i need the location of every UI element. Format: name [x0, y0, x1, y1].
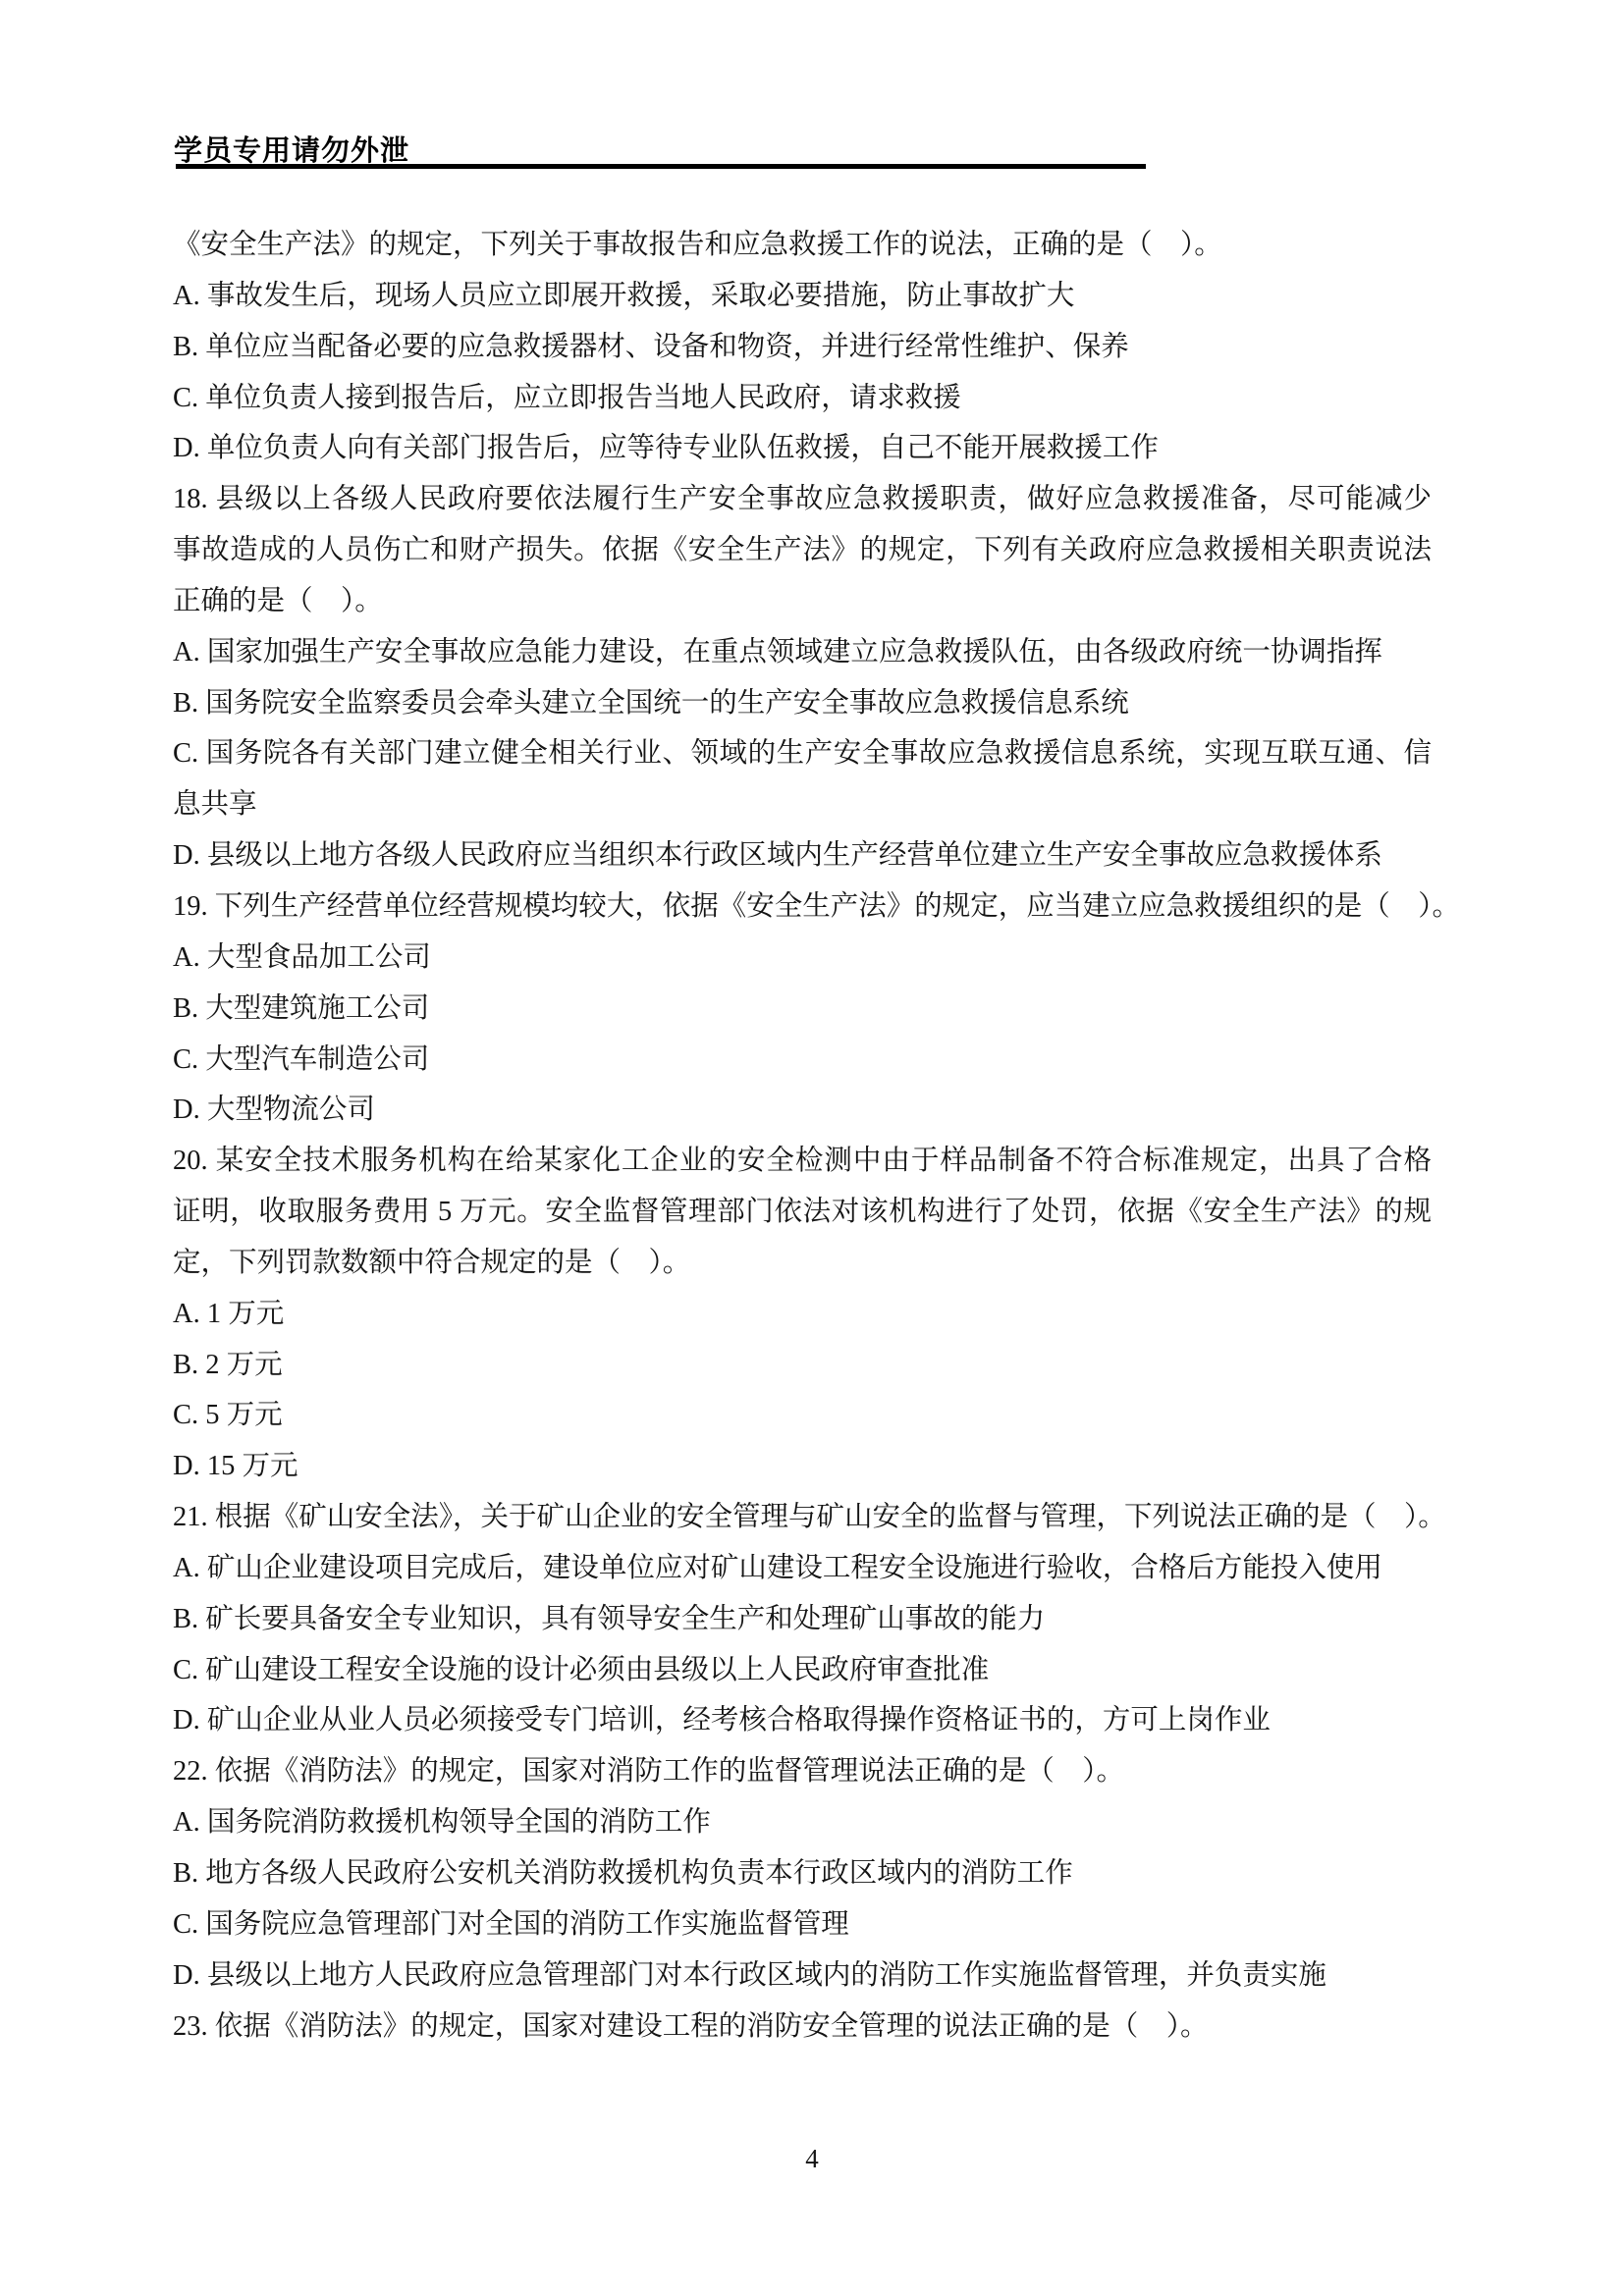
text-line: A. 国务院消防救援机构领导全国的消防工作: [173, 1797, 1432, 1848]
text-line: B. 矿长要具备安全专业知识，具有领导安全生产和处理矿山事故的能力: [173, 1594, 1432, 1645]
text-line: D. 15 万元: [173, 1441, 1432, 1492]
header-divider: [176, 164, 1146, 169]
text-line: B. 地方各级人民政府公安机关消防救援机构负责本行政区域内的消防工作: [173, 1848, 1432, 1899]
text-line: 20. 某安全技术服务机构在给某家化工企业的安全检测中由于样品制备不符合标准规定…: [173, 1136, 1432, 1187]
text-line: D. 县级以上地方各级人民政府应当组织本行政区域内生产经营单位建立生产安全事故应…: [173, 830, 1432, 881]
text-line: C. 矿山建设工程安全设施的设计必须由县级以上人民政府审查批准: [173, 1645, 1432, 1696]
text-line: 证明，收取服务费用 5 万元。安全监督管理部门依法对该机构进行了处罚，依据《安全…: [173, 1187, 1432, 1238]
text-line: D. 单位负责人向有关部门报告后，应等待专业队伍救援，自己不能开展救援工作: [173, 423, 1432, 474]
text-line: 正确的是（ ）。: [173, 576, 1432, 627]
header-watermark-label: 学员专用请勿外泄: [174, 129, 409, 169]
text-line: C. 单位负责人接到报告后，应立即报告当地人民政府，请求救援: [173, 373, 1432, 424]
page-number: 4: [0, 2144, 1624, 2174]
text-line: 23. 依据《消防法》的规定，国家对建设工程的消防安全管理的说法正确的是（ ）。: [173, 2002, 1432, 2053]
text-line: 21. 根据《矿山安全法》，关于矿山企业的安全管理与矿山安全的监督与管理，下列说…: [173, 1492, 1432, 1543]
text-line: A. 国家加强生产安全事故应急能力建设，在重点领域建立应急救援队伍，由各级政府统…: [173, 627, 1432, 678]
text-line: A. 大型食品加工公司: [173, 933, 1432, 984]
text-line: B. 2 万元: [173, 1340, 1432, 1391]
text-line: 18. 县级以上各级人民政府要依法履行生产安全事故应急救援职责，做好应急救援准备…: [173, 474, 1432, 525]
text-line: 事故造成的人员伤亡和财产损失。依据《安全生产法》的规定，下列有关政府应急救援相关…: [173, 525, 1432, 576]
text-line: D. 矿山企业从业人员必须接受专门培训，经考核合格取得操作资格证书的，方可上岗作…: [173, 1695, 1432, 1746]
text-line: 22. 依据《消防法》的规定，国家对消防工作的监督管理说法正确的是（ ）。: [173, 1746, 1432, 1797]
text-line: B. 大型建筑施工公司: [173, 984, 1432, 1035]
text-line: 息共享: [173, 779, 1432, 830]
text-line: C. 大型汽车制造公司: [173, 1035, 1432, 1086]
text-line: 定，下列罚款数额中符合规定的是（ ）。: [173, 1238, 1432, 1289]
document-lines: 《安全生产法》的规定，下列关于事故报告和应急救援工作的说法，正确的是（ ）。A.…: [173, 220, 1432, 2052]
text-line: A. 矿山企业建设项目完成后，建设单位应对矿山建设工程安全设施进行验收，合格后方…: [173, 1543, 1432, 1594]
text-line: B. 单位应当配备必要的应急救援器材、设备和物资，并进行经常性维护、保养: [173, 322, 1432, 373]
text-line: C. 5 万元: [173, 1390, 1432, 1441]
text-line: 19. 下列生产经营单位经营规模均较大，依据《安全生产法》的规定，应当建立应急救…: [173, 881, 1432, 933]
text-line: D. 县级以上地方人民政府应急管理部门对本行政区域内的消防工作实施监督管理，并负…: [173, 1950, 1432, 2002]
text-line: B. 国务院安全监察委员会牵头建立全国统一的生产安全事故应急救援信息系统: [173, 678, 1432, 729]
text-line: A. 事故发生后，现场人员应立即展开救援，采取必要措施，防止事故扩大: [173, 271, 1432, 322]
text-line: C. 国务院应急管理部门对全国的消防工作实施监督管理: [173, 1899, 1432, 1950]
text-line: D. 大型物流公司: [173, 1085, 1432, 1136]
text-line: A. 1 万元: [173, 1289, 1432, 1340]
text-line: 《安全生产法》的规定，下列关于事故报告和应急救援工作的说法，正确的是（ ）。: [173, 220, 1432, 271]
document-page: 学员专用请勿外泄 《安全生产法》的规定，下列关于事故报告和应急救援工作的说法，正…: [0, 0, 1624, 2296]
text-line: C. 国务院各有关部门建立健全相关行业、领域的生产安全事故应急救援信息系统，实现…: [173, 728, 1432, 779]
